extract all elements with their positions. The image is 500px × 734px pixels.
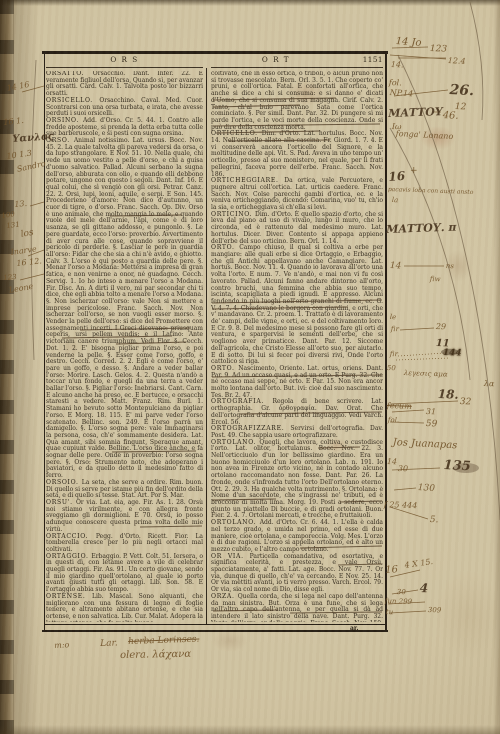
entry-headword: ORTICHEGGIARE. (211, 177, 284, 184)
margin-note: NP.14 (390, 88, 414, 98)
entry-headword: ORSICELLO. (46, 97, 99, 104)
entry-headword: OR VIA. (211, 553, 250, 560)
entry-headword: ORTO. (211, 244, 239, 251)
margin-note: m:o (54, 640, 70, 650)
margin-note: 29 (436, 322, 446, 331)
margin-note: fir (391, 325, 399, 333)
margin-note: fun 299 (385, 597, 412, 606)
margin-note: 144 (443, 348, 462, 359)
ink-blots (441, 349, 479, 473)
margin-note: 100 (1, 210, 15, 220)
frame-rule-bottom-heavy (42, 630, 388, 632)
margin-note: tu (386, 608, 394, 616)
header-rule-right (211, 67, 383, 68)
margin-note: Jos Juanapas (392, 437, 457, 451)
entry-headword: ORZA. (211, 593, 238, 600)
margin-note: 26. (449, 82, 474, 99)
entry-headword: ORTACCIO. (46, 533, 96, 540)
margin-note: 135 (443, 458, 471, 474)
dictionary-entry-orsicello: ORSICELLO. Orsacchino. Caval. Med. Cuor.… (46, 98, 203, 118)
margin-note: 18. (438, 387, 459, 402)
entry-headword: ORTOLANO. (211, 519, 260, 526)
margin-note: 14 Jo (395, 36, 422, 49)
frame-border-right (385, 51, 387, 632)
dictionary-entry-ortense: ORTENSE. Lib. Mascal. Sono alquanti, che… (46, 594, 203, 622)
margin-note: fir (390, 350, 398, 358)
entry-headword: ORTICINO. (211, 211, 255, 218)
margin-note: 12.4 (448, 56, 466, 66)
text-column-right: coltivato, che in esso ortica, o triboli… (211, 71, 383, 622)
margin-note: herba Lorinses. (128, 635, 200, 647)
dictionary-entry-orza: ORZA. Quella corda, che si lega nel capo… (211, 594, 383, 622)
margin-note: 46. (442, 110, 458, 122)
entry-headword: ORSU'. (46, 499, 76, 506)
margin-note: ΜΑΤΤΟΥ (388, 105, 443, 120)
page-number: 1151 (340, 55, 383, 64)
margin-note: 10 1.3 (6, 148, 32, 160)
margin-note: 14. (391, 60, 404, 69)
margin-note: 123 (430, 44, 448, 55)
gutter-shadow (13, 0, 39, 734)
frame-rule-bottom-thin (44, 624, 386, 625)
margin-note: 4 (420, 581, 429, 595)
dictionary-entry-ortolano: ORTOLANO. Quegli, che lavora, coltiva, e… (211, 440, 383, 520)
header-rule-left (46, 67, 203, 68)
margin-note: 30 (398, 464, 408, 473)
dictionary-entry-orto: ORTO. Campo chiuso, il qual si coltiva a… (211, 245, 383, 366)
entry-headword: ORSATTO. (46, 71, 93, 77)
margin-note: 16 12. (16, 256, 42, 268)
signature-mark: ar. (350, 625, 359, 632)
margin-note: 4 X 15. (404, 557, 434, 570)
margin-note: 16 1. (3, 116, 24, 127)
dictionary-entry-continued: coltivato, che in esso ortica, o triboli… (211, 71, 383, 131)
margin-note: pacavis loba con austi ansto (388, 186, 474, 196)
margin-note: fonga' Lonano (396, 129, 454, 141)
margin-note: λα (484, 379, 495, 388)
column-divider-rule (206, 68, 207, 624)
dictionary-entry-orto: ORTO. Nascimento, Oriente. Lat. ortus, o… (211, 366, 383, 400)
paper-stain (436, 570, 500, 660)
page-edge-left (0, 0, 14, 734)
margin-note: 309 (428, 606, 442, 614)
margin-note: fiw (430, 275, 441, 283)
margin-note: los (20, 228, 34, 240)
page-edge-bottom (0, 725, 500, 734)
margin-note: + (410, 166, 418, 176)
margin-note: 16 (385, 564, 398, 576)
margin-note: 14 (387, 457, 397, 466)
entry-headword: ORTOLANO. (211, 439, 259, 446)
margin-note: 13. (14, 199, 27, 209)
margin-note: ΜΑΤΤΟΥ. π (386, 221, 457, 236)
entry-headword: ORTO. (211, 365, 238, 372)
paper-stain (212, 630, 248, 652)
margin-note: λεγεσις αμα (404, 369, 448, 379)
margin-note: Lar. (100, 638, 118, 649)
margin-note: 131 (6, 221, 20, 230)
dictionary-entry-ortografizzare: ORTOGRAFIZZARE. Servirsi dell'ortografia… (211, 426, 383, 439)
entry-headword: ORTICELLO. (211, 130, 262, 137)
margin-note: Inarve (10, 244, 37, 257)
margin-note: 14 16 (6, 80, 30, 93)
margin-note: 59 (426, 419, 438, 429)
running-head-right: O R T (211, 55, 341, 64)
margin-note: Leone (8, 282, 34, 295)
dictionary-entry-ortaggio: ORTAGGIO. Erbaggio. P. Vett. Colt. 51. I… (46, 554, 203, 594)
margin-note: 123 (3, 273, 17, 282)
page-edge-right (493, 0, 500, 734)
margin-note: 130 (417, 483, 435, 494)
entry-headword: ORTOGRAFIZZARE. (211, 425, 290, 432)
margin-note: olera. λάχανα (120, 649, 191, 661)
margin-note: ns (446, 262, 454, 270)
margin-note: fol. (388, 416, 400, 424)
dictionary-entry-ortografia: ORTOGRAFIA. Regola di bene scrivere. Lat… (211, 399, 383, 426)
margin-note: 31 (426, 407, 436, 416)
frame-rule-top (42, 51, 388, 54)
page-edge-top (0, 0, 500, 6)
margin-note: 32 (460, 397, 472, 407)
text-column-left: ORSATTO. Orsacchio. Dant. Infer. 22. E v… (46, 71, 203, 622)
entry-headword: ORSINO. (46, 117, 83, 124)
scanned-book-page: O R S O R T 1151 ORSATTO. Orsacchio. Dan… (0, 0, 500, 734)
margin-note: 16 (388, 169, 406, 184)
dictionary-entry-orso: ORSO. Animal notissimo. Lat. ursus. Bocc… (46, 138, 203, 480)
entry-headword: ORTOGRAFIA. (211, 398, 272, 405)
margin-note: Sandro (16, 159, 46, 174)
entry-headword: ORTENSE. (46, 593, 92, 600)
margin-note: 50 (387, 364, 396, 372)
dictionary-entry-orsatto: ORSATTO. Orsacchio. Dant. Infer. 22. E v… (46, 71, 203, 98)
dictionary-entry-orvia: OR VIA. Particella comandativa, od esort… (211, 554, 383, 594)
entry-headword: ORTAGGIO. (46, 553, 91, 560)
dictionary-entry-orsoio: ORSOIO. La seta, che serve a ordire. Rim… (46, 480, 203, 500)
dictionary-entry-ortolano: ORTOLANO. Add. d'Orto. Cr. 6. 44. 1. L'e… (211, 520, 383, 554)
dictionary-entry-orticino: ORTICINO. Dim. d'Orto. È quello spazio d… (211, 212, 383, 246)
entry-headword: ORSOIO. (46, 479, 82, 486)
margin-note: le (390, 313, 397, 321)
dictionary-entry-orticheggiare: ORTICHEGGIARE. Da ortica, vale Percuoter… (211, 178, 383, 212)
margin-note: 5. (430, 515, 439, 525)
margin-note: la (392, 196, 399, 204)
margin-note: 14 (390, 261, 402, 271)
margin-note: fol. (389, 78, 402, 87)
margin-note: f 25 444 (384, 500, 418, 510)
dictionary-entry-orsino: ORSINO. Add. d'Orso. Cr. 5. 44. 1. Contr… (46, 118, 203, 138)
margin-note: 30 (397, 588, 406, 596)
dictionary-entry-orticello: ORTICELLO. Dim. d'Orto. Lat. hortulus. B… (211, 131, 383, 178)
dictionary-entry-ortaccio: ORTACCIO. Pegg. d'Orto. Ricett. Fior. La… (46, 534, 203, 554)
margin-note: fecum (387, 401, 412, 411)
running-head-left: O R S (46, 55, 203, 64)
dictionary-entry-orsu: ORSU'. Or via. Lat. eia, age. Fir. As. 1… (46, 500, 203, 534)
